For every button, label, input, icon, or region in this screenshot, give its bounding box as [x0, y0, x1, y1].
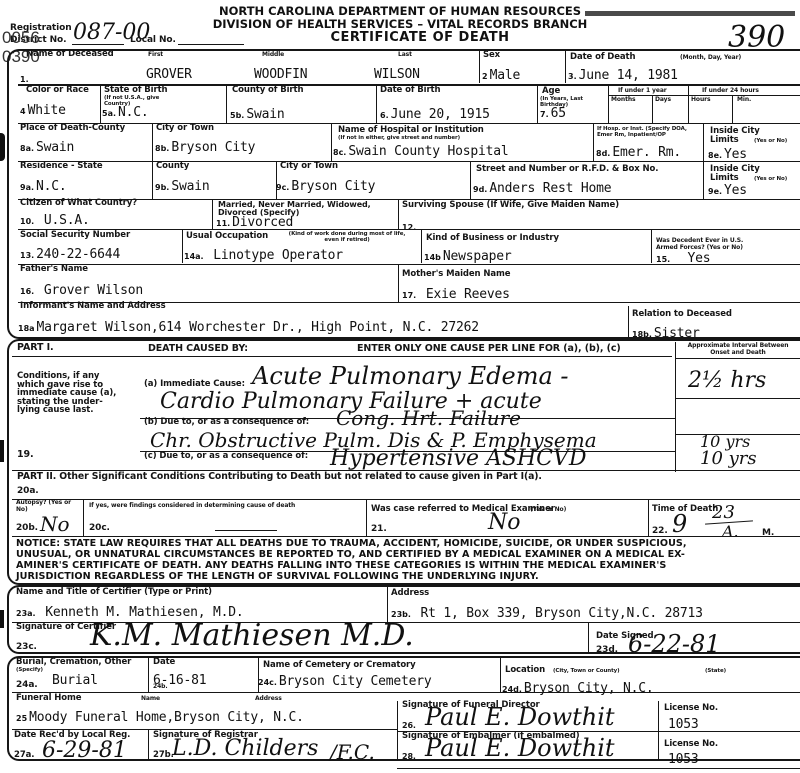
medical-examiner-value: No — [488, 510, 521, 535]
part2-label: PART II. Other Significant Conditions Co… — [17, 472, 542, 481]
interval-c: 10 yrs — [700, 448, 757, 469]
registrar-signature: L.D. Childers — [172, 736, 318, 761]
stamp-top: 0056 — [2, 29, 40, 46]
page-title: CERTIFICATE OF DEATH — [260, 31, 580, 45]
mother-maiden-name: 17. Exie Reeves — [402, 288, 510, 303]
date-of-death-label: Date of Death — [570, 53, 635, 62]
age-value: 7.65 — [540, 107, 566, 122]
sex-label: Sex — [483, 51, 500, 60]
middle-name: WOODFIN — [254, 68, 307, 82]
hospital-status: 8d.Emer. Rm. — [596, 146, 681, 161]
occupation: 14a. Linotype Operator — [184, 249, 343, 264]
race-value: 4White — [20, 104, 66, 119]
part1-number: 19. — [17, 450, 34, 459]
citizenship: 10. U.S.A. — [20, 214, 90, 229]
informant: 18aMargaret Wilson,614 Worchester Dr., H… — [18, 321, 479, 336]
death-county: 8a.Swain — [20, 141, 74, 156]
death-caused-by: DEATH CAUSED BY: — [148, 344, 248, 353]
notice-line4: JURISDICTION REGARDLESS OF THE LENGTH OF… — [16, 571, 539, 582]
autopsy-findings-dash — [215, 530, 277, 531]
notice-line3: AMINER'S CERTIFICATE OF DEATH. ANY DEATH… — [16, 560, 666, 571]
hospital-name: 8c.Swain County Hospital — [333, 145, 509, 160]
due-to-b: Cong. Hrt. Failure — [336, 406, 521, 430]
autopsy-value: No — [40, 512, 70, 536]
ssn: 13.240-22-6644 — [20, 248, 120, 263]
certifier-signature: K.M. Mathiesen M.D. — [90, 618, 414, 653]
date-received: 6-29-81 — [42, 738, 127, 763]
sex-value: 2Male — [482, 69, 520, 84]
part1-instruction: ENTER ONLY ONE CAUSE PER LINE FOR (a), (… — [357, 344, 621, 353]
edge-mark — [0, 133, 5, 161]
cemetery-name: 24c.Bryson City Cemetery — [258, 675, 431, 689]
residence-state: 9a.N.C. — [20, 180, 67, 195]
funeral-home: 25Moody Funeral Home,Bryson City, N.C. — [16, 711, 304, 726]
time-of-death-ampm: A. — [722, 522, 739, 541]
cemetery-location: 24d.Bryson City, N.C. — [502, 682, 654, 697]
disposition-date: 6-16-81 — [153, 674, 206, 688]
immediate-cause: Acute Pulmonary Edema - — [252, 362, 569, 390]
part2-number: 20a. — [17, 487, 39, 496]
last-name: WILSON — [374, 68, 420, 82]
notice-line1: NOTICE: STATE LAW REQUIRES THAT ALL DEAT… — [16, 538, 687, 549]
header-division: DIVISION OF HEALTH SERVICES – VITAL RECO… — [190, 18, 610, 30]
disposition-method: Burial — [52, 674, 98, 688]
header-dept: NORTH CAROLINA DEPARTMENT OF HUMAN RESOU… — [215, 5, 585, 17]
date-signed: 6-22-81 — [628, 630, 721, 658]
embalmer-license: 1053 — [668, 753, 699, 767]
name-label: Name of Deceased — [26, 50, 114, 59]
residence-street: 9d.Anders Rest Home — [473, 182, 611, 197]
date-of-birth: 6.June 20, 1915 — [380, 108, 490, 123]
edge-mark — [0, 440, 4, 462]
edge-mark — [0, 610, 4, 628]
conditions-note: Conditions, if any which gave rise to im… — [17, 372, 117, 415]
inside-city-9e: 9e.Yes — [708, 184, 747, 199]
due-to-c: Hypertensive ASHCVD — [330, 446, 587, 471]
time-of-death-hour: 9 — [672, 510, 687, 538]
interval-a: 2½ hrs — [688, 368, 766, 393]
embalmer-signature: Paul E. Dowthit — [425, 734, 615, 762]
first-name: GROVER — [146, 68, 192, 82]
county-of-birth: 5b.Swain — [230, 108, 284, 123]
business-industry: 14bNewspaper — [424, 250, 512, 265]
residence-county: 9b.Swain — [155, 180, 209, 195]
registrar-suffix: /F.C. — [330, 740, 375, 764]
local-number-label: Local No. — [130, 36, 176, 45]
state-of-birth: 5a.N.C. — [102, 106, 149, 121]
residence-city: 9c.Bryson City — [276, 180, 375, 195]
funeral-director-signature: Paul E. Dowthit — [425, 703, 615, 731]
time-of-death-min: 23 — [712, 502, 735, 523]
part1-title: PART I. — [17, 343, 54, 352]
death-city: 8b.Bryson City — [155, 141, 255, 156]
date-of-death: 3.June 14, 1981 — [568, 69, 678, 84]
notice-line2: UNUSUAL, OR UNNATURAL CIRCUMSTANCES BE R… — [16, 549, 685, 560]
funeral-director-license: 1053 — [668, 718, 699, 732]
father-name: 16. Grover Wilson — [20, 284, 143, 299]
certifier-address: 23b. Rt 1, Box 339, Bryson City,N.C. 287… — [391, 607, 703, 622]
redaction-bar — [585, 11, 795, 16]
